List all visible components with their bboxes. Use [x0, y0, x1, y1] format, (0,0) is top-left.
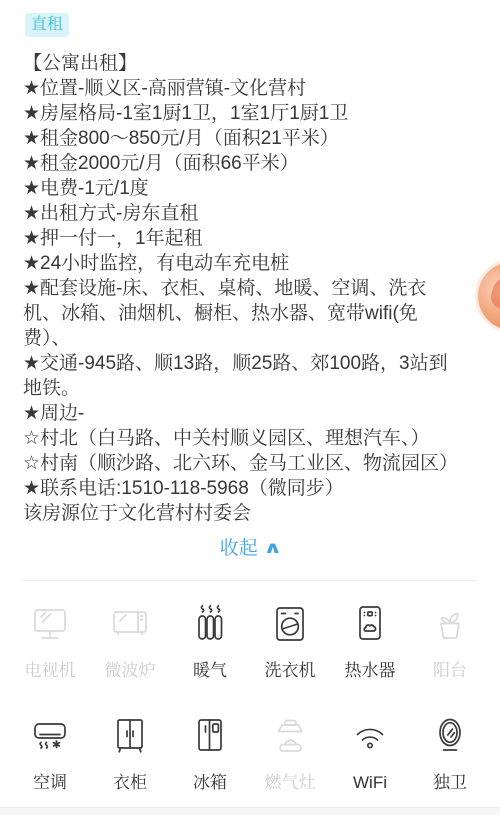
chevron-up-icon: ∧ [263, 539, 282, 559]
direct-rent-badge: 直租 [25, 13, 69, 37]
amenity-label: 暖气 [193, 661, 227, 681]
amenity-water-heater: 热水器 [330, 601, 410, 681]
wifi-icon [348, 713, 392, 764]
amenity-washing-machine: 洗衣机 [250, 601, 330, 681]
amenity-private-bathroom: 独卫 [410, 713, 490, 793]
amenity-label: 空调 [33, 773, 67, 793]
listing-line-committee-note: 该房源位于文化营村村委会 [23, 501, 484, 526]
amenity-gas-stove: 燃气灶 [250, 713, 330, 793]
listing-line-surroundings: ★周边- [23, 401, 484, 426]
fridge-icon [188, 713, 232, 764]
listing-line-security: ★24小时监控，有电动车充电桩 [23, 251, 484, 276]
amenity-label: 燃气灶 [265, 773, 316, 793]
amenity-label: 衣柜 [113, 773, 147, 793]
listing-line-transit-1: ★交通-945路、顺13路，顺25路、郊100路，3站到 [23, 351, 484, 376]
listing-line-facilities-3: 费）、 [23, 326, 484, 351]
section-divider-strip [0, 807, 500, 815]
amenity-label: 洗衣机 [265, 661, 316, 681]
listing-line-layout: ★房屋格局-1室1厨1卫，1室1厅1厨1卫 [23, 101, 484, 126]
listing-line-rent-type: ★出租方式-房东直租 [23, 201, 484, 226]
divider [22, 580, 478, 581]
listing-line-electricity: ★电费-1元/1度 [23, 176, 484, 201]
amenity-wifi: WiFi [330, 713, 410, 793]
listing-line-title: 【公寓出租】 [23, 51, 484, 76]
amenity-fridge: 冰箱 [170, 713, 250, 793]
private-bathroom-icon [428, 713, 472, 764]
amenity-label: 独卫 [433, 773, 467, 793]
radiator-icon [188, 601, 232, 652]
air-conditioner-icon [28, 713, 72, 764]
listing-line-deposit: ★押一付一，1年起租 [23, 226, 484, 251]
collapse-label: 收起 [220, 538, 258, 559]
amenity-label: 微波炉 [105, 661, 156, 681]
listing-line-facilities-1: ★配套设施-床、衣柜、桌椅、地暖、空调、洗衣 [23, 276, 484, 301]
listing-description: 【公寓出租】 ★位置-顺义区-高丽营镇-文化营村 ★房屋格局-1室1厨1卫，1室… [23, 51, 484, 526]
amenity-label: 热水器 [345, 661, 396, 681]
water-heater-icon [348, 601, 392, 652]
amenity-grid: 电视机 微波炉 暖气 洗衣机 [10, 601, 490, 793]
amenity-tv: 电视机 [10, 601, 90, 681]
listing-line-village-south: ☆村南（顺沙路、北六环、金马工业区、物流园区） [23, 451, 484, 476]
listing-line-rent-large: ★租金2000元/月（面积66平米） [23, 151, 484, 176]
amenity-balcony: 阳台 [410, 601, 490, 681]
amenity-label: 冰箱 [193, 773, 227, 793]
amenity-air-conditioner: 空调 [10, 713, 90, 793]
washing-machine-icon [268, 601, 312, 652]
amenity-heating: 暖气 [170, 601, 250, 681]
amenity-microwave: 微波炉 [90, 601, 170, 681]
listing-line-location: ★位置-顺义区-高丽营镇-文化营村 [23, 76, 484, 101]
amenity-wardrobe: 衣柜 [90, 713, 170, 793]
listing-line-transit-2: 地铁。 [23, 376, 484, 401]
tv-icon [28, 601, 72, 652]
gas-stove-icon [268, 713, 312, 764]
collapse-button[interactable]: 收起∧ [0, 537, 500, 561]
wardrobe-icon [108, 713, 152, 764]
microwave-icon [108, 601, 152, 652]
listing-line-rent-small: ★租金800～850元/月（面积21平米） [23, 126, 484, 151]
listing-line-village-north: ☆村北（白马路、中关村顺义园区、理想汽车、） [23, 426, 484, 451]
balcony-icon [428, 601, 472, 652]
amenity-label: 阳台 [433, 661, 467, 681]
listing-line-phone: ★联系电话:1510-118-5968（微同步） [23, 476, 484, 501]
amenity-label: 电视机 [25, 661, 76, 681]
amenity-label: WiFi [353, 773, 387, 793]
listing-line-facilities-2: 机、冰箱、油烟机、橱柜、热水器、宽带wifi(免 [23, 301, 484, 326]
